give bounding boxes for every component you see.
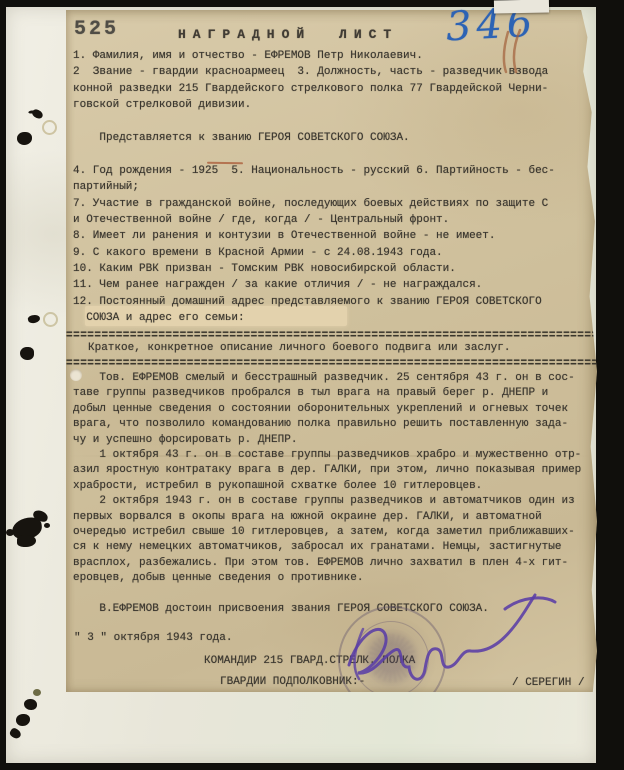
typed-line: азил яростную контратаку врага в дер. ГА… [73,464,597,479]
archive-tape [494,0,549,13]
date-line: " 3 " октября 1943 года. [74,632,232,644]
typed-line: чу и успешно форсировать р. ДНЕПР. [73,434,597,449]
feat-description-section: Тов. ЕФРЕМОВ смелый и бесстрашный развед… [73,372,597,618]
typed-line: очередью истребил свыше 10 гитлеровцев, … [73,526,597,541]
scanned-award-document: 525 НАГРАДНОЙ ЛИСТ 1. Фамилия, имя и отч… [0,0,624,770]
typed-line: 7. Участие в гражданской войне, последую… [73,198,595,214]
stain-ring [42,120,57,135]
typed-line: конной разведки 215 Гвардейского стрелко… [73,83,595,99]
typed-line: партийный; [73,181,595,197]
paper-hole [70,369,82,381]
typed-line: ся к нему немецких автоматчиков, заброса… [73,541,597,556]
ink-blot [6,529,14,536]
handwritten-signature [325,585,570,700]
typed-line: и Отечественной войне / где, когда / - Ц… [73,214,595,230]
paper-crease [66,455,597,457]
separator-line: ========================================… [66,357,597,371]
ink-blot [44,523,50,528]
red-pencil-mark [498,28,534,76]
ink-blot [24,699,37,710]
typed-line: 10. Каким РВК призван - Томским РВК ново… [73,263,595,279]
personal-fields-section: 1. Фамилия, имя и отчество - ЕФРЕМОВ Пет… [73,50,595,329]
typed-line: первых ворвался в окопы врага на южной о… [73,511,597,526]
archive-page-number: 525 [74,18,119,41]
typed-line: 9. С какого времени в Красной Армии - с … [73,247,595,263]
typed-line: врага, что позволило командованию полка … [73,418,597,433]
separator-line: ========================================… [66,329,597,343]
award-sheet-page: 525 НАГРАДНОЙ ЛИСТ 1. Фамилия, имя и отч… [66,10,597,692]
typed-line: СОЮЗА и адрес его семьи: [73,312,595,328]
typed-line: 4. Год рождения - 1925 5. Национальность… [73,165,595,181]
ink-blot [33,689,41,696]
typed-line: говской стрелковой дивизии. [73,99,595,115]
typed-line: добыл ценные сведения о состоянии оборон… [73,403,597,418]
typed-line: Тов. ЕФРЕМОВ смелый и бесстрашный развед… [73,372,597,387]
ink-blot [20,347,34,360]
typed-line: Представляется к званию ГЕРОЯ СОВЕТСКОГО… [73,132,595,148]
stain-ring [43,312,58,327]
typed-line: 11. Чем ранее награжден / за какие отлич… [73,279,595,295]
typed-line: врасплох, разбежались. При этом тов. ЕФР… [73,557,597,572]
typed-line: храбрости, истребил в рукопашной схватке… [73,480,597,495]
typed-line [73,148,595,164]
typed-line [73,116,595,132]
description-header: Краткое, конкретное описание личного бое… [88,342,510,354]
document-title: НАГРАДНОЙ ЛИСТ [178,27,398,42]
typed-line: 2 октября 1943 г. он в составе группы ра… [73,495,597,510]
typed-line: таве группы разведчиков пробрался в тыл … [73,387,597,402]
typed-line: 12. Постоянный домашний адрес представля… [73,296,595,312]
typed-line: 8. Имеет ли ранения и контузии в Отечест… [73,230,595,246]
